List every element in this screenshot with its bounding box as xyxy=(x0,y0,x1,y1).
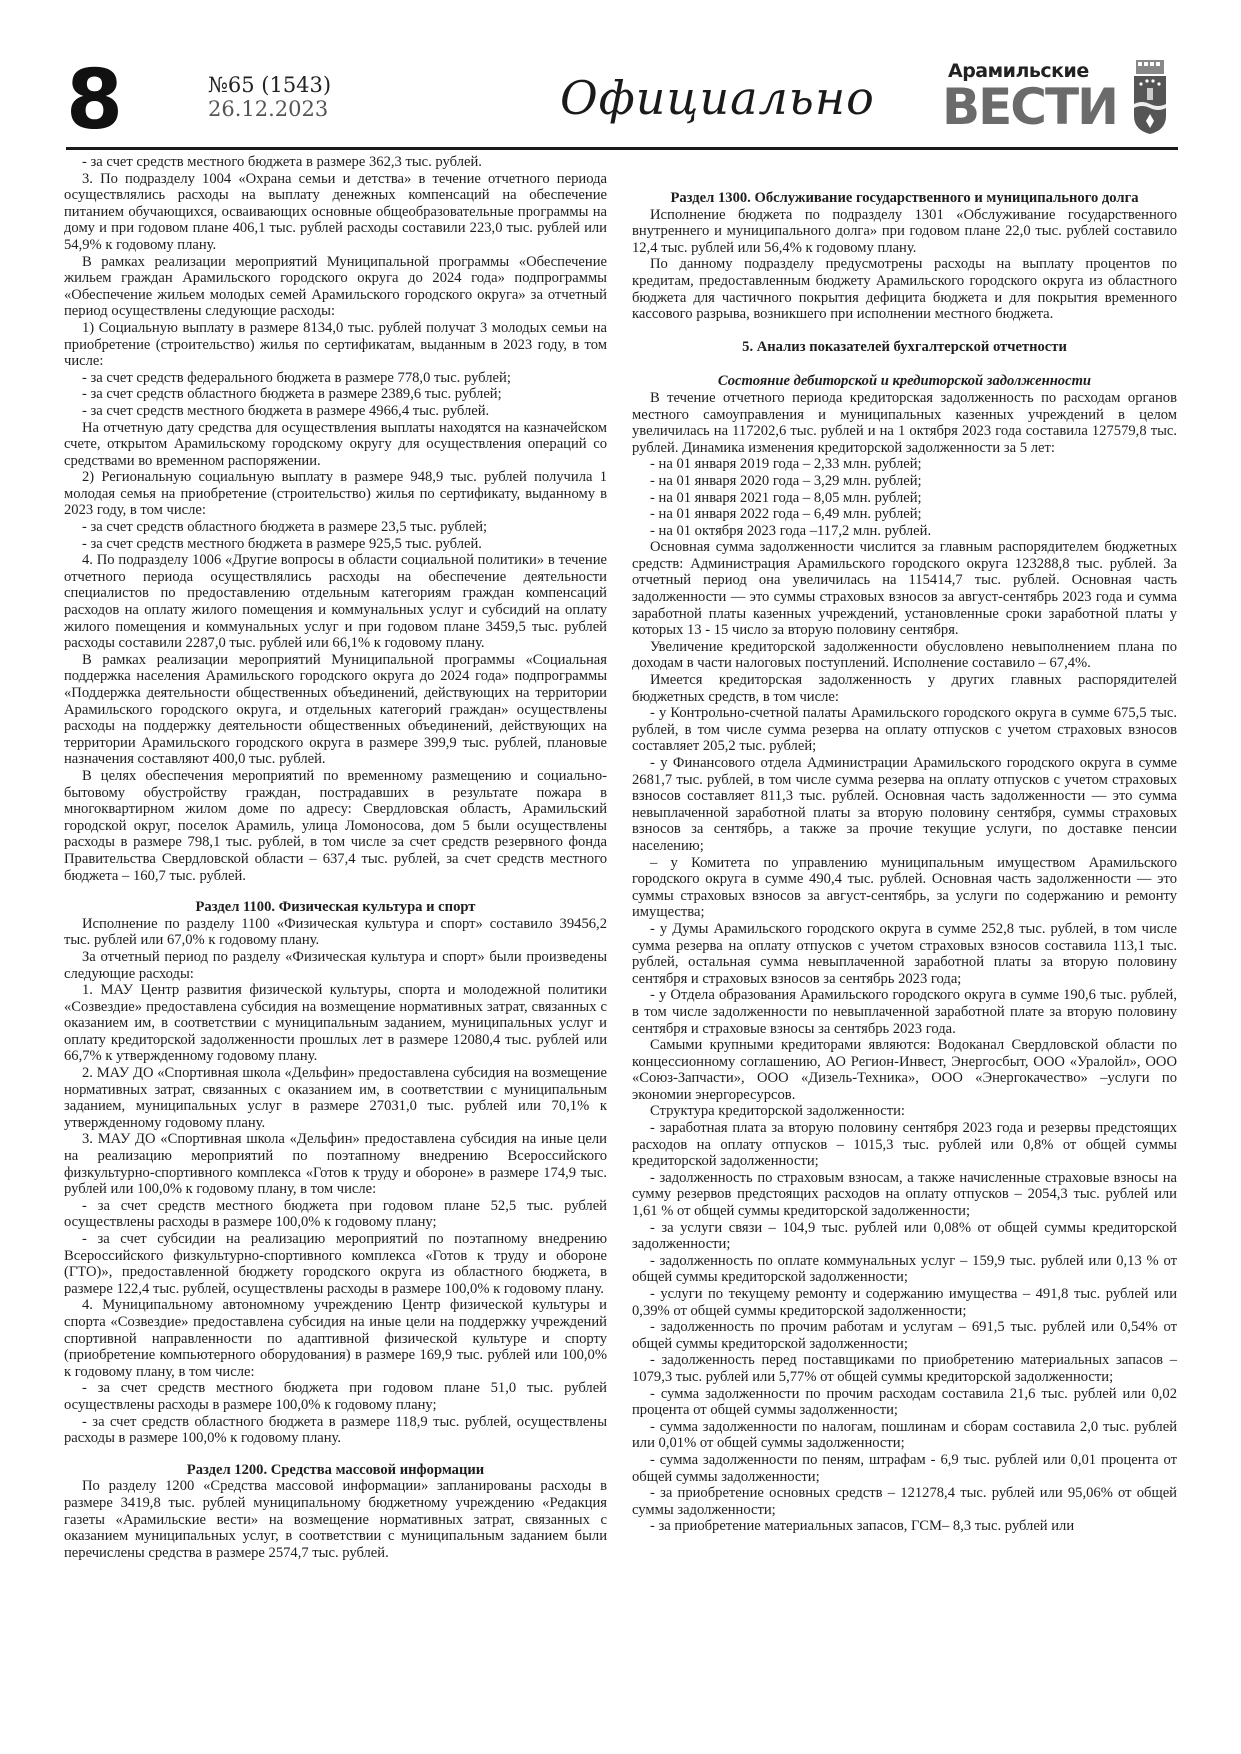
paragraph: - сумма задолженности по налогам, пошлин… xyxy=(632,1419,1177,1452)
paragraph: - на 01 октября 2023 года –117,2 млн. ру… xyxy=(632,523,1177,540)
paragraph: Основная сумма задолженности числится за… xyxy=(632,539,1177,639)
section-heading: Раздел 1300. Обслуживание государственно… xyxy=(632,190,1177,207)
paragraph: - задолженность по прочим работам и услу… xyxy=(632,1319,1177,1352)
paragraph: 4. По подразделу 1006 «Другие вопросы в … xyxy=(64,552,607,652)
paragraph: - за счет средств местного бюджета в раз… xyxy=(64,403,607,420)
paragraph: - задолженность по оплате коммунальных у… xyxy=(632,1253,1177,1286)
right-column: Раздел 1300. Обслуживание государственно… xyxy=(632,190,1177,1535)
paragraph: - сумма задолженности по пеням, штрафам … xyxy=(632,1452,1177,1485)
paragraph: Исполнение бюджета по подразделу 1301 «О… xyxy=(632,207,1177,257)
paragraph: - за счет средств местного бюджета в раз… xyxy=(64,536,607,553)
chapter-heading: 5. Анализ показателей бухгалтерской отче… xyxy=(632,339,1177,356)
paragraph: 3. МАУ ДО «Спортивная школа «Дельфин» пр… xyxy=(64,1131,607,1197)
paragraph: В целях обеспечения мероприятий по време… xyxy=(64,768,607,884)
paragraph: - за счет средств федерального бюджета в… xyxy=(64,370,607,387)
paragraph: - на 01 января 2021 года – 8,05 млн. руб… xyxy=(632,490,1177,507)
paragraph: 1) Социальную выплату в размере 8134,0 т… xyxy=(64,320,607,370)
newspaper-logo: Арамильские ВЕСТИ xyxy=(940,60,1130,140)
paragraph: В течение отчетного периода кредиторская… xyxy=(632,390,1177,456)
paragraph: - за счет средств местного бюджета при г… xyxy=(64,1380,607,1413)
left-column: - за счет средств местного бюджета в раз… xyxy=(64,154,607,1561)
paragraph: - за приобретение материальных запасов, … xyxy=(632,1518,1177,1535)
paragraph: - сумма задолженности по прочим расходам… xyxy=(632,1386,1177,1419)
paragraph: 2. МАУ ДО «Спортивная школа «Дельфин» пр… xyxy=(64,1065,607,1131)
rubric-title: Официально xyxy=(560,70,875,126)
paragraph: - на 01 января 2019 года – 2,33 млн. руб… xyxy=(632,456,1177,473)
paragraph: Исполнение по разделу 1100 «Физическая к… xyxy=(64,916,607,949)
paragraph: На отчетную дату средства для осуществле… xyxy=(64,420,607,470)
paragraph: В рамках реализации мероприятий Муниципа… xyxy=(64,652,607,768)
paragraph: - у Отдела образования Арамильского горо… xyxy=(632,987,1177,1037)
header-rule xyxy=(66,147,1178,150)
paragraph: 2) Региональную социальную выплату в раз… xyxy=(64,469,607,519)
paragraph: Имеется кредиторская задолженность у дру… xyxy=(632,672,1177,705)
paragraph: - задолженность по страховым взносам, а … xyxy=(632,1170,1177,1220)
paragraph: - за счет субсидии на реализацию меропри… xyxy=(64,1231,607,1297)
paragraph: - у Думы Арамильского городского округа … xyxy=(632,921,1177,987)
paragraph: - за счет средств местного бюджета в раз… xyxy=(64,154,607,171)
paragraph: Структура кредиторской задолженности: xyxy=(632,1103,1177,1120)
paragraph: - на 01 января 2022 года – 6,49 млн. руб… xyxy=(632,506,1177,523)
paragraph: Самыми крупными кредиторами являются: Во… xyxy=(632,1037,1177,1103)
paragraph: За отчетный период по разделу «Физическа… xyxy=(64,949,607,982)
paragraph: - у Финансового отдела Администрации Ара… xyxy=(632,755,1177,855)
paragraph: 4. Муниципальному автономному учреждению… xyxy=(64,1297,607,1380)
paragraph: - задолженность перед поставщиками по пр… xyxy=(632,1352,1177,1385)
issue-date: 26.12.2023 xyxy=(208,97,331,121)
paragraph: 3. По подразделу 1004 «Охрана семьи и де… xyxy=(64,171,607,254)
section-heading: Раздел 1100. Физическая культура и спорт xyxy=(64,899,607,916)
paragraph: - у Контрольно-счетной палаты Арамильско… xyxy=(632,705,1177,755)
section-heading: Раздел 1200. Средства массовой информаци… xyxy=(64,1462,607,1479)
paragraph: По разделу 1200 «Средства массовой инфор… xyxy=(64,1478,607,1561)
paragraph: По данному подразделу предусмотрены расх… xyxy=(632,256,1177,322)
logo-big-text: ВЕСТИ xyxy=(942,78,1117,136)
paragraph: - на 01 января 2020 года – 3,29 млн. руб… xyxy=(632,473,1177,490)
page-number: 8 xyxy=(66,60,123,142)
page-header: 8 №65 (1543) 26.12.2023 Официально Арами… xyxy=(0,0,1241,150)
paragraph: - за приобретение основных средств – 121… xyxy=(632,1485,1177,1518)
paragraph: - заработная плата за вторую половину се… xyxy=(632,1120,1177,1170)
paragraph: - услуги по текущему ремонту и содержани… xyxy=(632,1286,1177,1319)
paragraph: - за счет средств областного бюджета в р… xyxy=(64,386,607,403)
paragraph: Увеличение кредиторской задолженности об… xyxy=(632,639,1177,672)
paragraph: - за счет средств областного бюджета в р… xyxy=(64,519,607,536)
paragraph: - за счет средств местного бюджета при г… xyxy=(64,1198,607,1231)
paragraph: В рамках реализации мероприятий Муниципа… xyxy=(64,254,607,320)
issue-info: №65 (1543) 26.12.2023 xyxy=(208,73,331,121)
paragraph: – у Комитета по управлению муниципальным… xyxy=(632,855,1177,921)
subsection-heading: Состояние дебиторской и кредиторской зад… xyxy=(632,373,1177,390)
coat-of-arms-icon xyxy=(1130,60,1170,134)
issue-number: №65 (1543) xyxy=(208,73,331,97)
paragraph: - за услуги связи – 104,9 тыс. рублей ил… xyxy=(632,1220,1177,1253)
paragraph: 1. МАУ Центр развития физической культур… xyxy=(64,982,607,1065)
paragraph: - за счет средств областного бюджета в р… xyxy=(64,1414,607,1447)
